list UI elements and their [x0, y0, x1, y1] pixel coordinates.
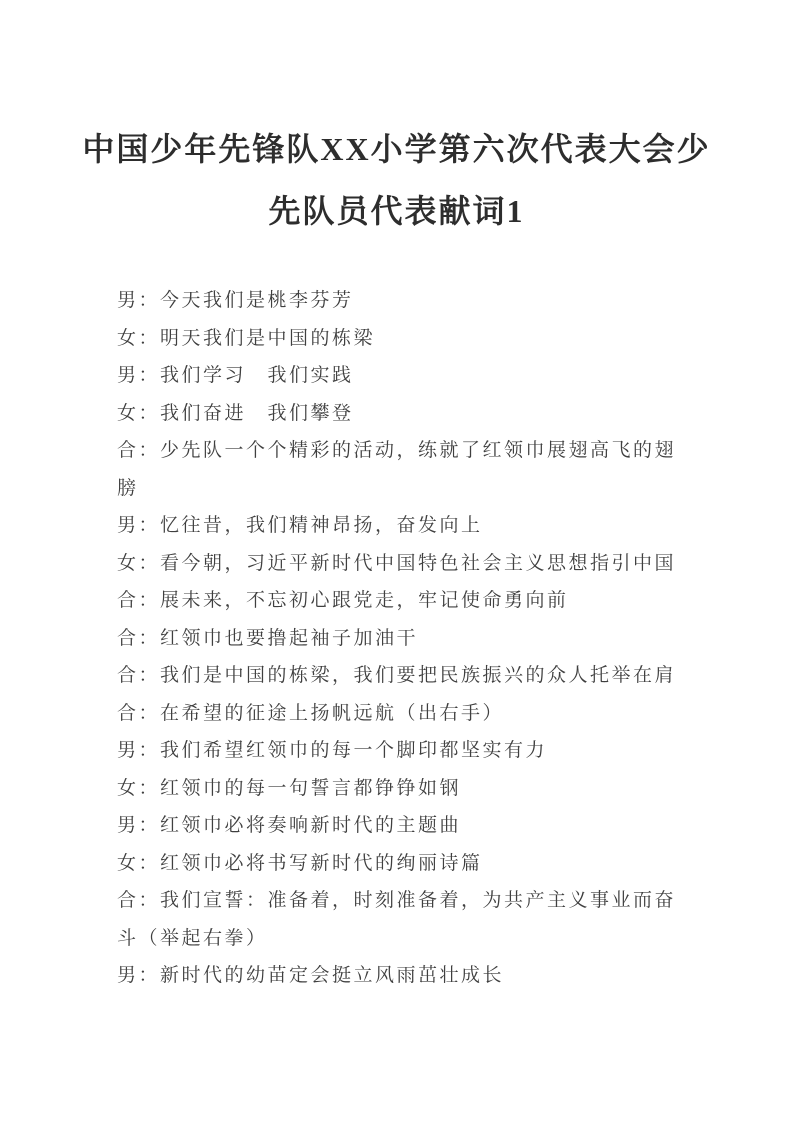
body-line: 男：忆往昔，我们精神昂扬，奋发向上 [117, 507, 679, 545]
body-line: 男：新时代的幼苗定会挺立风雨茁壮成长 [117, 957, 679, 995]
body-line: 男：红领巾必将奏响新时代的主题曲 [117, 807, 679, 845]
body-line: 女：看今朝，习近平新时代中国特色社会主义思想指引中国 [117, 545, 679, 583]
document-title: 中国少年先锋队XX小学第六次代表大会少先队员代表献词1 [73, 118, 721, 242]
body-line: 合：我们宣誓：准备着，时刻准备着，为共产主义事业而奋斗（举起右拳） [117, 882, 679, 957]
body-line: 男：今天我们是桃李芬芳 [117, 282, 679, 320]
body-line: 女：红领巾的每一句誓言都铮铮如钢 [117, 770, 679, 808]
body-line: 合：展未来，不忘初心跟党走，牢记使命勇向前 [117, 582, 679, 620]
document-page: 中国少年先锋队XX小学第六次代表大会少先队员代表献词1 男：今天我们是桃李芬芳女… [0, 0, 793, 1122]
body-line: 合：在希望的征途上扬帆远航（出右手） [117, 695, 679, 733]
body-line: 女：明天我们是中国的栋梁 [117, 320, 679, 358]
document-body: 男：今天我们是桃李芬芳女：明天我们是中国的栋梁男：我们学习 我们实践女：我们奋进… [117, 282, 679, 995]
body-line: 合：少先队一个个精彩的活动，练就了红领巾展翅高飞的翅膀 [117, 432, 679, 507]
body-line: 合：红领巾也要撸起袖子加油干 [117, 620, 679, 658]
body-line: 合：我们是中国的栋梁，我们要把民族振兴的众人托举在肩 [117, 657, 679, 695]
body-line: 女：我们奋进 我们攀登 [117, 395, 679, 433]
body-line: 男：我们希望红领巾的每一个脚印都坚实有力 [117, 732, 679, 770]
body-line: 男：我们学习 我们实践 [117, 357, 679, 395]
body-line: 女：红领巾必将书写新时代的绚丽诗篇 [117, 845, 679, 883]
